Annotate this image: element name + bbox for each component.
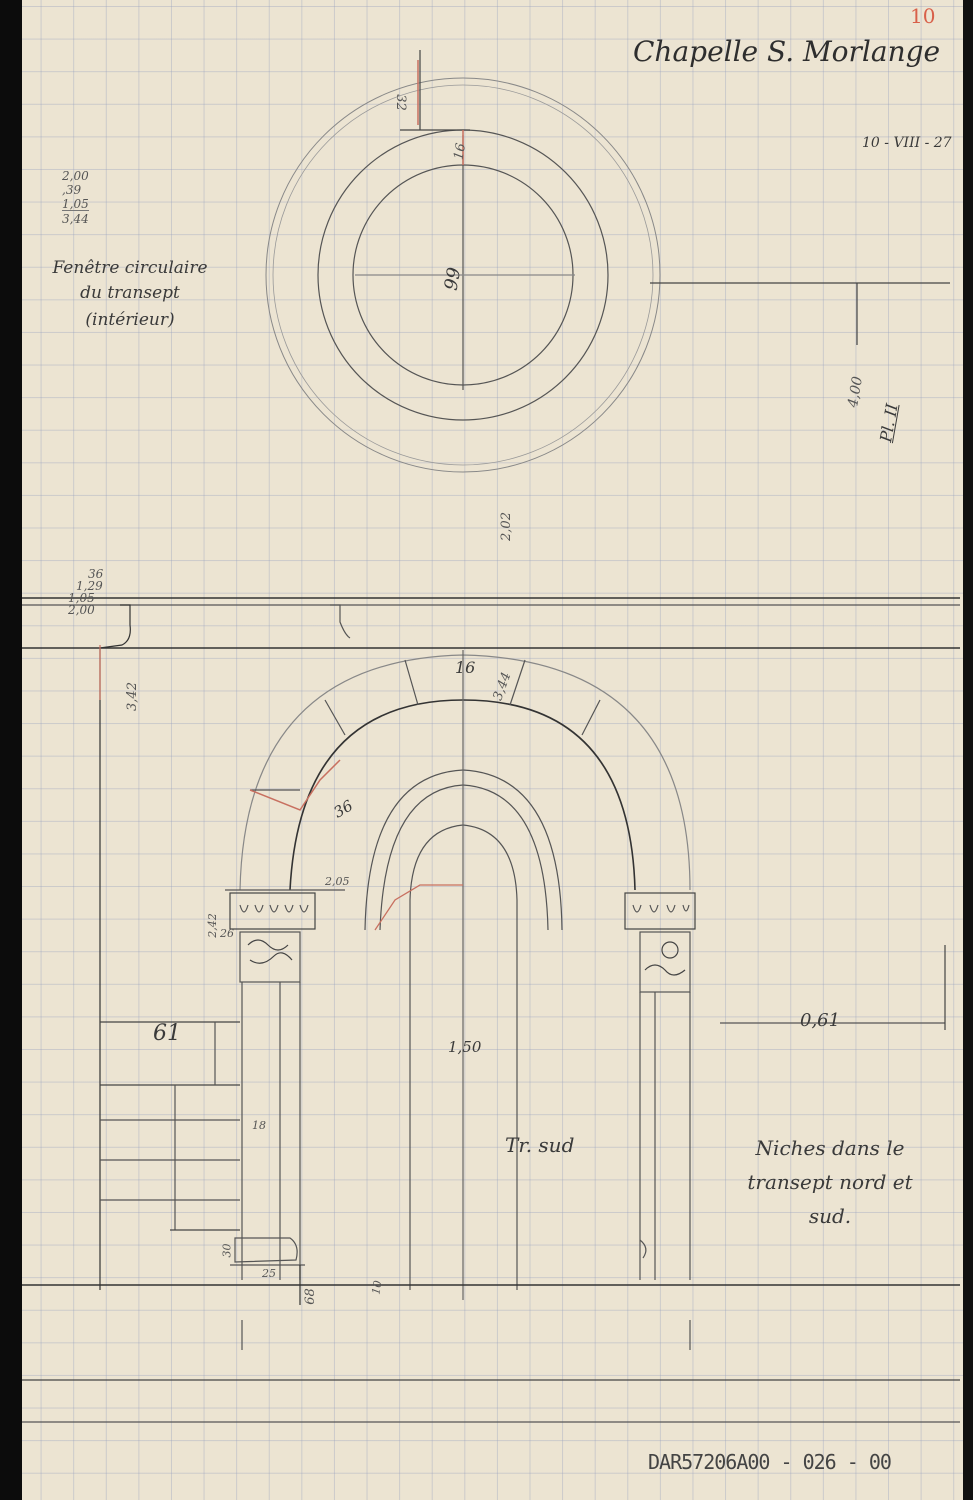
sum-figure: 1,05	[62, 198, 89, 211]
dim-plinth: 68	[304, 1288, 317, 1305]
caption-line: du transept	[20, 285, 240, 302]
caption-line: (intérieur)	[20, 312, 240, 329]
cornice-dimensions: 36 1,29 1,05 2,00	[68, 568, 103, 616]
sum-figure: 3,44	[62, 213, 89, 225]
document-title: Chapelle S. Morlange	[633, 38, 940, 66]
dim-left-height: 3,42	[126, 682, 139, 711]
lower-caption: Niches dans le transept nord et sud.	[715, 1138, 945, 1226]
dim-capital-height: 2,42	[207, 913, 218, 938]
caption-line: transept nord et	[715, 1172, 945, 1192]
upper-caption: Fenêtre circulaire du transept (intérieu…	[20, 260, 240, 329]
dim-pier-width: 61	[153, 1023, 181, 1045]
dim-shaft: 18	[252, 1120, 266, 1131]
dim-right-base: 10	[370, 1280, 383, 1296]
dim-base-width: 25	[262, 1268, 276, 1279]
dim-arch-top: 16	[455, 660, 475, 676]
dim-impost: 2,05	[325, 876, 350, 887]
dim-niche-width: 1,50	[448, 1040, 481, 1055]
caption-line: Niches dans le	[715, 1138, 945, 1158]
dim-diameter: 99	[443, 266, 465, 292]
elevation-label: Tr. sud	[505, 1135, 574, 1155]
sum-figure: ,39	[62, 184, 89, 196]
caption-line: Fenêtre circulaire	[20, 260, 240, 277]
dim-side-offset: 0,61	[800, 1012, 840, 1030]
dim-capital-base: 26	[220, 928, 234, 939]
scanned-drawing-sheet: Chapelle S. Morlange 10 10 - VIII - 27 2…	[0, 0, 973, 1500]
dim-base-height: 30	[222, 1244, 233, 1258]
sum-figure: 2,00	[62, 170, 89, 182]
dim-bottom-vertical: 2,02	[500, 512, 513, 541]
dim-top-offset: 16	[452, 142, 468, 161]
sum-figures: 2,00 ,39 1,05 3,44	[62, 170, 89, 225]
dim-top-left: 32	[394, 94, 407, 111]
dim-value: 2,00	[68, 604, 103, 616]
page-number: 10	[910, 6, 935, 26]
document-date: 10 - VIII - 27	[862, 136, 952, 150]
caption-line: sud.	[715, 1206, 945, 1226]
architectural-drawing	[0, 0, 973, 1500]
archive-reference: DAR57206A00 - 026 - 00	[648, 1452, 891, 1472]
